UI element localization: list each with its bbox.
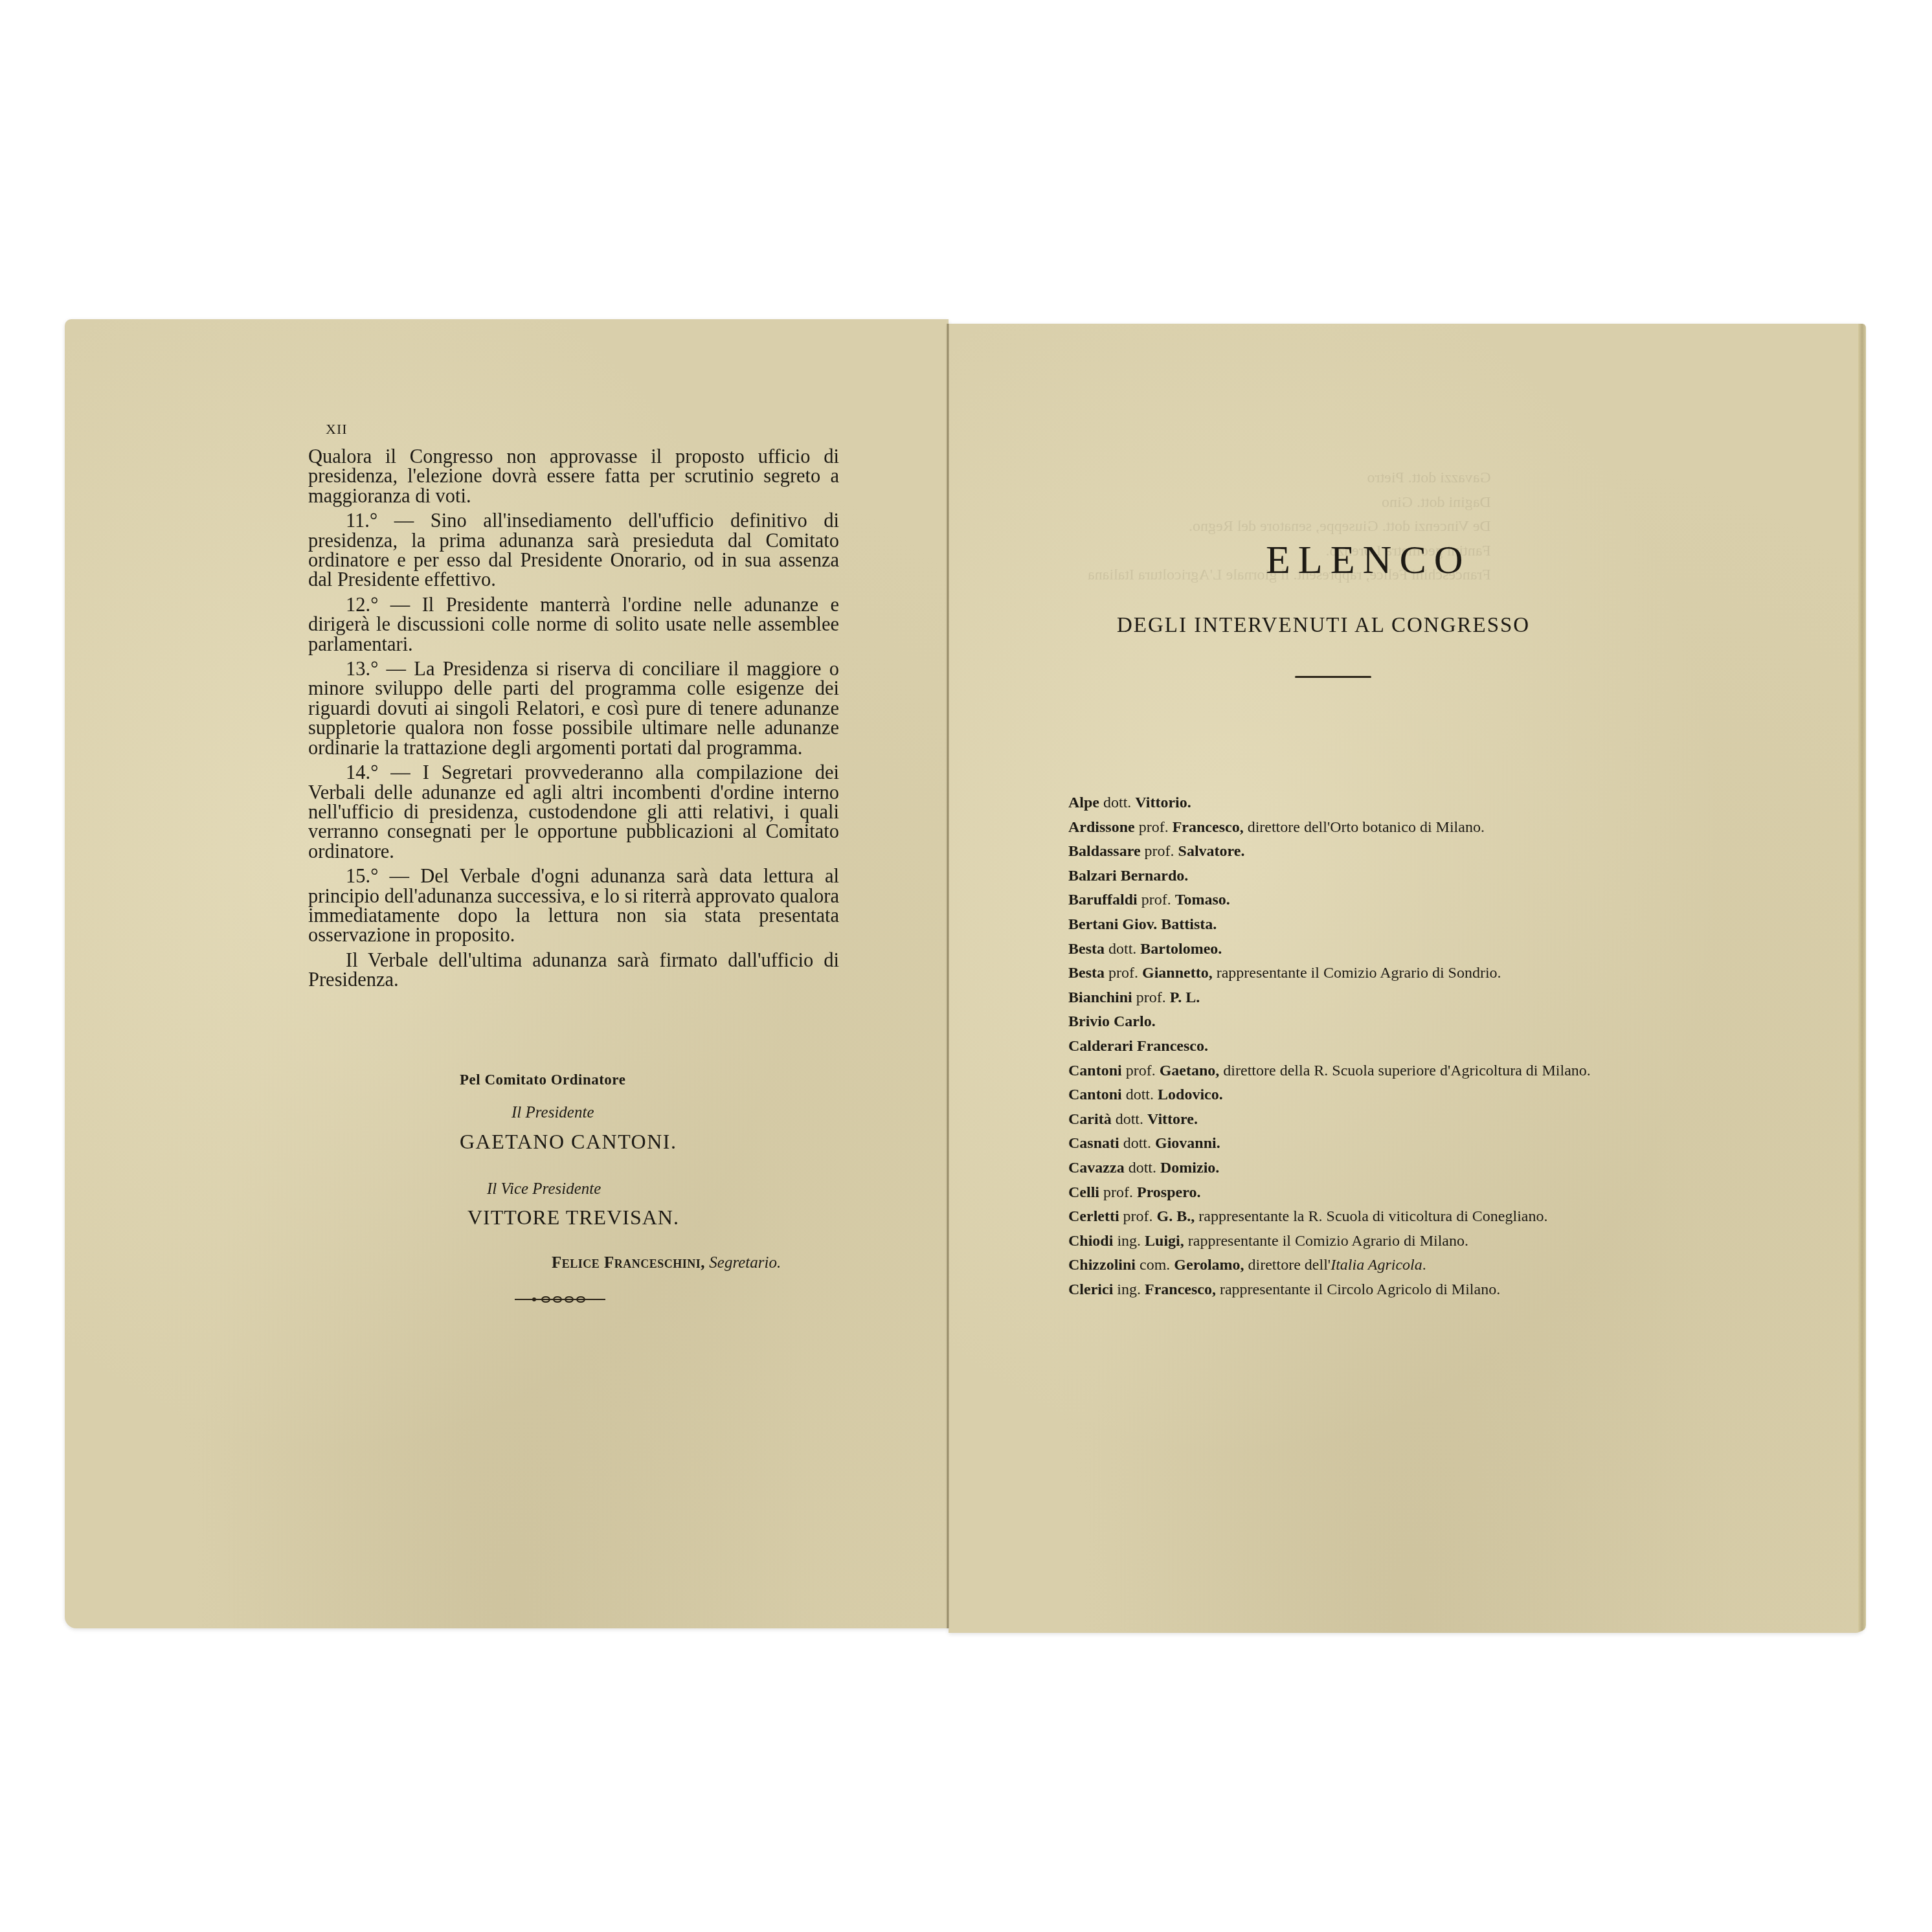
attendee-name: Tomaso. <box>1175 892 1230 908</box>
attendee-surname: Bianchini <box>1068 989 1132 1006</box>
attendee-title: prof. <box>1145 843 1174 860</box>
attendee-entry: Bertani Giov. Battista. <box>1068 913 1599 938</box>
attendee-name: Domizio. <box>1160 1160 1219 1176</box>
regulation-text: Qualora il Congresso non approvasse il p… <box>308 447 839 995</box>
attendee-entry: Celli prof. Prospero. <box>1068 1181 1599 1206</box>
attendee-entry: Cerletti prof. G. B., rappresentante la … <box>1068 1205 1599 1230</box>
paragraph-final: Il Verbale dell'ultima adunanza sarà fir… <box>308 950 839 990</box>
page-stack-edge <box>1858 324 1866 1632</box>
attendee-surname: Besta <box>1068 941 1105 958</box>
attendee-name: Prospero. <box>1137 1184 1200 1201</box>
attendee-desc: rappresentante il Comizio Agrario di Mil… <box>1188 1233 1468 1250</box>
attendee-surname: Chiodi <box>1068 1233 1113 1250</box>
attendee-desc: rappresentante la R. Scuola di viticoltu… <box>1198 1208 1547 1225</box>
paragraph-12: 12.° — Il Presidente manterrà l'ordine n… <box>308 595 839 654</box>
attendee-name: Francesco. <box>1137 1038 1208 1055</box>
attendee-entry: Besta dott. Bartolomeo. <box>1068 938 1599 962</box>
attendee-title: dott. <box>1108 941 1136 958</box>
attendee-surname: Balzari <box>1068 868 1117 884</box>
attendee-name: P. L. <box>1170 989 1200 1006</box>
attendee-surname: Cantoni <box>1068 1086 1122 1103</box>
attendee-entry: Baldassare prof. Salvatore. <box>1068 840 1599 864</box>
ornament-divider-icon <box>515 1295 605 1304</box>
attendee-surname: Celli <box>1068 1184 1099 1201</box>
attendee-name: Vittore. <box>1147 1111 1198 1128</box>
attendee-title: dott. <box>1116 1111 1143 1128</box>
attendee-surname: Chizzolini <box>1068 1257 1136 1274</box>
attendee-surname: Brivio <box>1068 1013 1110 1030</box>
attendee-entry: Cantoni dott. Lodovico. <box>1068 1083 1599 1108</box>
attendee-entry: Calderari Francesco. <box>1068 1035 1599 1059</box>
attendee-title: dott. <box>1123 1135 1151 1152</box>
attendee-title: prof. <box>1139 819 1169 836</box>
attendee-title: prof. <box>1123 1208 1153 1225</box>
attendee-title: prof. <box>1141 892 1171 908</box>
attendee-entry: Cavazza dott. Domizio. <box>1068 1156 1599 1181</box>
attendee-name: Gaetano, <box>1160 1062 1220 1079</box>
attendee-title: com. <box>1140 1257 1170 1274</box>
attendee-surname: Alpe <box>1068 794 1099 811</box>
attendee-name: Lodovico. <box>1158 1086 1223 1103</box>
book-spine <box>947 324 949 1628</box>
attendee-title: dott. <box>1126 1086 1154 1103</box>
attendee-surname: Calderari <box>1068 1038 1133 1055</box>
attendee-surname: Carità <box>1068 1111 1112 1128</box>
attendee-desc: direttore dell' <box>1248 1257 1331 1274</box>
page-subtitle: DEGLI INTERVENUTI AL CONGRESSO <box>1117 614 1530 638</box>
attendee-entry: Chizzolini com. Gerolamo, direttore dell… <box>1068 1253 1599 1278</box>
attendee-surname: Baldassare <box>1068 843 1141 860</box>
attendee-name: Vittorio. <box>1135 794 1191 811</box>
attendee-entry: Brivio Carlo. <box>1068 1010 1599 1035</box>
attendee-list: Alpe dott. Vittorio. Ardissone prof. Fra… <box>1068 791 1599 1302</box>
attendee-entry: Balzari Bernardo. <box>1068 864 1599 889</box>
page-number: XII <box>326 421 348 438</box>
attendee-entry: Chiodi ing. Luigi, rappresentante il Com… <box>1068 1230 1599 1254</box>
attendee-title: prof. <box>1126 1062 1156 1079</box>
attendee-surname: Besta <box>1068 965 1105 982</box>
paragraph-13: 13.° — La Presidenza si riserva di conci… <box>308 659 839 758</box>
attendee-entry: Besta prof. Giannetto, rappresentante il… <box>1068 961 1599 986</box>
title-rule <box>1295 676 1371 678</box>
attendee-surname: Cantoni <box>1068 1062 1122 1079</box>
attendee-surname: Bertani <box>1068 916 1118 933</box>
paragraph-14: 14.° — I Segretari provvederanno alla co… <box>308 763 839 861</box>
attendee-entry: Ardissone prof. Francesco, direttore del… <box>1068 816 1599 840</box>
attendee-name: G. B., <box>1157 1208 1195 1225</box>
attendee-entry: Clerici ing. Francesco, rappresentante i… <box>1068 1278 1599 1303</box>
attendee-name: Giannetto, <box>1142 965 1213 982</box>
attendee-name: Gerolamo, <box>1174 1257 1244 1274</box>
attendee-entry: Carità dott. Vittore. <box>1068 1108 1599 1132</box>
attendee-title: dott. <box>1129 1160 1156 1176</box>
attendee-name: Salvatore. <box>1178 843 1245 860</box>
paragraph-15: 15.° — Del Verbale d'ogni adunanza sarà … <box>308 866 839 945</box>
attendee-desc: rappresentante il Circolo Agricolo di Mi… <box>1220 1281 1500 1298</box>
paragraph-10-cont: Qualora il Congresso non approvasse il p… <box>308 447 839 506</box>
secretary-role: Segretario. <box>709 1254 781 1272</box>
attendee-desc: direttore dell'Orto botanico di Milano. <box>1248 819 1485 836</box>
attendee-desc: direttore della R. Scuola superiore d'Ag… <box>1223 1062 1591 1079</box>
paragraph-11: 11.° — Sino all'insediamento dell'uffici… <box>308 511 839 590</box>
attendee-name: Bartolomeo. <box>1140 941 1222 958</box>
attendee-title: prof. <box>1108 965 1138 982</box>
attendee-entry: Baruffaldi prof. Tomaso. <box>1068 888 1599 913</box>
attendee-name: Giovanni. <box>1155 1135 1220 1152</box>
attendee-title: prof. <box>1103 1184 1133 1201</box>
attendee-entry: Bianchini prof. P. L. <box>1068 986 1599 1011</box>
attendee-name: Francesco, <box>1145 1281 1216 1298</box>
attendee-entry: Alpe dott. Vittorio. <box>1068 791 1599 816</box>
attendee-surname: Ardissone <box>1068 819 1135 836</box>
attendee-desc-italic: Italia Agricola <box>1331 1257 1422 1274</box>
attendee-name: Francesco, <box>1173 819 1244 836</box>
attendee-surname: Casnati <box>1068 1135 1119 1152</box>
attendee-name: Luigi, <box>1145 1233 1184 1250</box>
attendee-name: Giov. Battista. <box>1122 916 1217 933</box>
attendee-surname: Cerletti <box>1068 1208 1119 1225</box>
secretary-name: Felice Franceschini, <box>552 1254 705 1272</box>
attendee-entry: Casnati dott. Giovanni. <box>1068 1132 1599 1156</box>
attendee-entry: Cantoni prof. Gaetano, direttore della R… <box>1068 1059 1599 1084</box>
page-title: ELENCO <box>1266 537 1471 583</box>
attendee-title: dott. <box>1103 794 1131 811</box>
attendee-title: prof. <box>1136 989 1166 1006</box>
attendee-surname: Baruffaldi <box>1068 892 1138 908</box>
attendee-surname: Cavazza <box>1068 1160 1125 1176</box>
attendee-name: Bernardo. <box>1121 868 1189 884</box>
attendee-surname: Clerici <box>1068 1281 1113 1298</box>
attendee-title: ing. <box>1117 1233 1141 1250</box>
attendee-name: Carlo. <box>1114 1013 1156 1030</box>
attendee-title: ing. <box>1117 1281 1141 1298</box>
attendee-desc: rappresentante il Comizio Agrario di Son… <box>1217 965 1501 982</box>
